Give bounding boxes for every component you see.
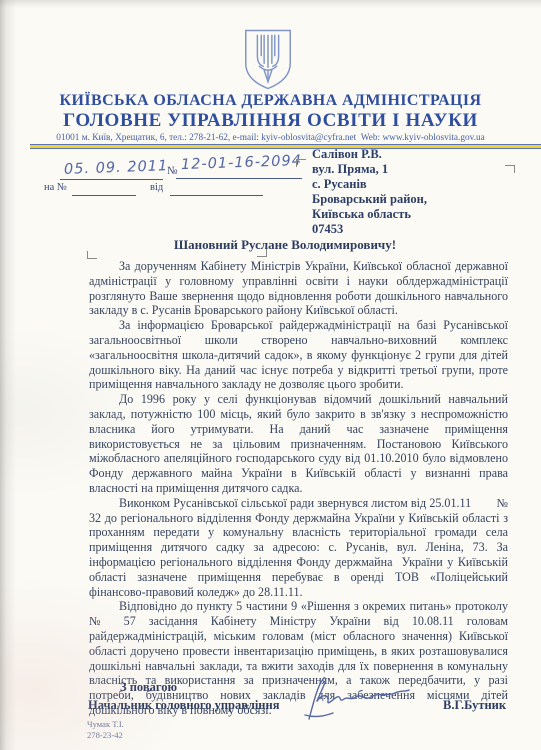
handwritten-date: 05. 09. 2011 xyxy=(64,158,169,178)
org-name-line1: КИЇВСЬКА ОБЛАСНА ДЕРЖАВНА АДМІНІСТРАЦІЯ xyxy=(0,92,541,110)
recipient-district: Броварський район, xyxy=(312,192,427,207)
corner-mark-bottom-right xyxy=(257,249,267,257)
paragraph-2: За інформацією Броварської райдержадміні… xyxy=(89,318,508,392)
reply-to-number-label: на № xyxy=(44,182,67,193)
recipient-address-block: Салівон Р.В. вул. Пряма, 1 с. Русанів Бр… xyxy=(312,147,427,238)
corner-mark-bottom-left xyxy=(87,251,97,259)
reply-from-date-blank xyxy=(170,194,263,196)
letterhead-contact-line: 01001 м. Київ, Хрещатик, 6, тел.: 278-21… xyxy=(0,133,541,143)
number-underline xyxy=(176,177,302,179)
reply-from-date-label: від xyxy=(150,182,163,193)
reply-to-number-blank xyxy=(72,194,136,196)
executor-phone: 278-23-42 xyxy=(87,730,124,741)
paragraph-4: Виконком Русанівської сільської ради зве… xyxy=(89,496,508,600)
salutation: Шановний Руслане Володимировичу! xyxy=(60,237,510,253)
date-underline xyxy=(60,178,163,180)
recipient-region: Київська область xyxy=(312,207,427,222)
recipient-village: с. Русанів xyxy=(312,177,427,192)
letter-body: За дорученням Кабінету Міністрів України… xyxy=(89,259,508,718)
number-sign-label: № xyxy=(167,165,178,177)
org-name-line2: ГОЛОВНЕ УПРАВЛІННЯ ОСВІТИ І НАУКИ xyxy=(0,110,541,132)
handwritten-outgoing-number: 12-01-16-2094 xyxy=(181,153,302,173)
flag-color-divider xyxy=(30,144,541,150)
executor-block: Чумак Т.І. 278-23-42 xyxy=(87,719,124,740)
signer-title: Начальник головного управління xyxy=(88,698,279,713)
closing-phrase: З повагою xyxy=(120,680,177,695)
handwritten-signature xyxy=(295,675,415,721)
recipient-postcode: 07453 xyxy=(312,222,427,237)
paragraph-1: За дорученням Кабінету Міністрів України… xyxy=(89,259,508,318)
recipient-street: вул. Пряма, 1 xyxy=(312,162,427,177)
recipient-name: Салівон Р.В. xyxy=(312,147,427,162)
paragraph-3: До 1996 року у селі функціонував відомчи… xyxy=(89,392,508,496)
executor-name: Чумак Т.І. xyxy=(87,719,124,730)
signer-name: В.Г.Бутник xyxy=(443,698,506,713)
ukraine-trident-emblem-icon xyxy=(239,26,297,93)
corner-mark-top-left xyxy=(296,159,306,167)
corner-mark-top-right xyxy=(505,165,515,173)
scanned-letter-page: КИЇВСЬКА ОБЛАСНА ДЕРЖАВНА АДМІНІСТРАЦІЯ … xyxy=(0,0,541,750)
